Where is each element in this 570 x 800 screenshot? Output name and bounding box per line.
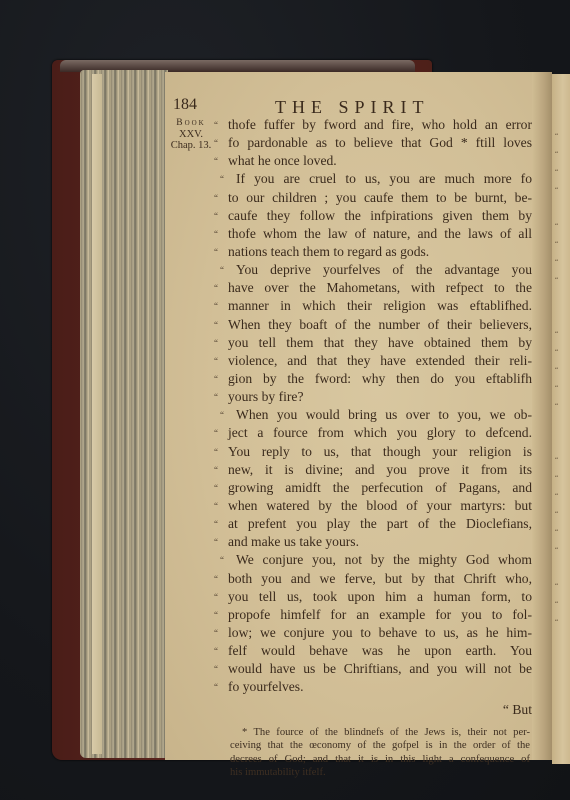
margin-book-number: XXV. xyxy=(170,129,212,140)
text-line: “you tell them that they have obtained t… xyxy=(214,334,532,352)
quote-mark: “ xyxy=(214,352,218,370)
adjacent-page-quote-mark: “ xyxy=(555,600,558,608)
line-text: fo pardonable as to believe that God * f… xyxy=(228,134,532,152)
adjacent-page-sliver: ““““““““““““““““““““““ xyxy=(552,74,570,764)
adjacent-page-quote-mark: “ xyxy=(555,348,558,356)
quote-mark: “ xyxy=(214,225,218,243)
margin-chapter: Chap. 13. xyxy=(170,140,212,151)
footnote: * The fource of the blindnefs of the Jew… xyxy=(230,726,530,780)
line-text: propofe himfelf for an example for you t… xyxy=(228,606,532,624)
quote-mark: “ xyxy=(214,424,218,442)
margin-book-label: Book xyxy=(170,118,212,129)
quote-mark: “ xyxy=(220,261,224,279)
line-text: violence, and that they have extended th… xyxy=(228,352,532,370)
adjacent-page-quote-mark: “ xyxy=(555,384,558,392)
quote-mark: “ xyxy=(214,606,218,624)
line-text: gion by the fword: why then do you eftab… xyxy=(228,370,532,388)
text-line: “to our children ; you caufe them to be … xyxy=(214,189,532,207)
text-line: “We conjure you, not by the mighty God w… xyxy=(214,551,532,569)
page-content: 184 THE SPIRIT Book XXV. Chap. 13. “thof… xyxy=(170,96,530,116)
line-text: You reply to us, that though your religi… xyxy=(228,443,532,461)
footnote-line: decrees of God; and that it is in this l… xyxy=(230,753,530,766)
footnote-line: his immutability itfelf. xyxy=(230,766,530,779)
adjacent-page-quote-mark: “ xyxy=(555,474,558,482)
text-line: “felf would behave was he upon earth. Yo… xyxy=(214,642,532,660)
text-line: “you tell us, took upon him a human form… xyxy=(214,588,532,606)
text-line: “thofe fuffer by fword and fire, who hol… xyxy=(214,116,532,134)
text-line: “You reply to us, that though your relig… xyxy=(214,443,532,461)
line-text: you tell us, took upon him a human form,… xyxy=(228,588,532,606)
quote-mark: “ xyxy=(214,660,218,678)
running-title: THE SPIRIT xyxy=(275,97,430,118)
text-line: “You deprive yourfelves of the advantage… xyxy=(214,261,532,279)
line-text: both you and we ferve, but by that Chrif… xyxy=(228,570,532,588)
quote-mark: “ xyxy=(214,116,218,134)
body-text: “thofe fuffer by fword and fire, who hol… xyxy=(214,116,532,697)
quote-mark: “ xyxy=(220,551,224,569)
text-line: “manner in which their religion was efta… xyxy=(214,297,532,315)
line-text: fo yourfelves. xyxy=(228,678,532,696)
line-text: low; we conjure you to behave to us, as … xyxy=(228,624,532,642)
line-text: and make us take yours. xyxy=(228,533,532,551)
quote-mark: “ xyxy=(214,189,218,207)
text-line: “at prefent you play the part of the Dio… xyxy=(214,515,532,533)
text-line: “both you and we ferve, but by that Chri… xyxy=(214,570,532,588)
text-line: “growing amidft the perfecution of Pagan… xyxy=(214,479,532,497)
quote-mark: “ xyxy=(214,134,218,152)
line-text: nations teach them to regard as gods. xyxy=(228,243,532,261)
line-text: thofe whom the law of nature, and the la… xyxy=(228,225,532,243)
footnote-line: * The fource of the blindnefs of the Jew… xyxy=(230,726,530,739)
running-head: 184 THE SPIRIT xyxy=(170,96,530,116)
adjacent-page-quote-mark: “ xyxy=(555,168,558,176)
text-line: “When they boaft of the number of their … xyxy=(214,316,532,334)
text-line: “and make us take yours. xyxy=(214,533,532,551)
adjacent-page-quote-mark: “ xyxy=(555,258,558,266)
text-line: “new, it is divine; and you prove it fro… xyxy=(214,461,532,479)
adjacent-page-quote-mark: “ xyxy=(555,240,558,248)
adjacent-page-quote-mark: “ xyxy=(555,528,558,536)
quote-mark: “ xyxy=(214,243,218,261)
adjacent-page-quote-mark: “ xyxy=(555,492,558,500)
quote-mark: “ xyxy=(214,570,218,588)
text-line: “low; we conjure you to behave to us, as… xyxy=(214,624,532,642)
line-text: to our children ; you caufe them to be b… xyxy=(228,189,532,207)
adjacent-page-quote-mark: “ xyxy=(555,582,558,590)
line-text: If you are cruel to us, you are much mor… xyxy=(236,170,532,188)
quote-mark: “ xyxy=(214,533,218,551)
adjacent-page-quote-mark: “ xyxy=(555,132,558,140)
footnote-line: ceiving that the œconomy of the gofpel i… xyxy=(230,739,530,752)
text-line: “have over the Mahometans, with refpect … xyxy=(214,279,532,297)
quote-mark: “ xyxy=(214,279,218,297)
line-text: when watered by the blood of your martyr… xyxy=(228,497,532,515)
margin-note: Book XXV. Chap. 13. xyxy=(170,118,212,151)
line-text: thofe fuffer by fword and fire, who hold… xyxy=(228,116,532,134)
text-line: “caufe they follow the infpirations give… xyxy=(214,207,532,225)
text-line: “ject a fource from which you glory to d… xyxy=(214,424,532,442)
text-line: “fo yourfelves. xyxy=(214,678,532,696)
text-line: “When you would bring us over to you, we… xyxy=(214,406,532,424)
quote-mark: “ xyxy=(214,515,218,533)
line-text: yours by fire? xyxy=(228,388,532,406)
line-text: you tell them that they have obtained th… xyxy=(228,334,532,352)
line-text: When you would bring us over to you, we … xyxy=(236,406,532,424)
line-text: at prefent you play the part of the Dioc… xyxy=(228,515,532,533)
text-line: “thofe whom the law of nature, and the l… xyxy=(214,225,532,243)
text-line: “fo pardonable as to believe that God * … xyxy=(214,134,532,152)
line-text: have over the Mahometans, with refpect t… xyxy=(228,279,532,297)
quote-mark: “ xyxy=(214,642,218,660)
quote-mark: “ xyxy=(214,152,218,170)
adjacent-page-quote-mark: “ xyxy=(555,222,558,230)
line-text: ject a fource from which you glory to de… xyxy=(228,424,532,442)
line-text: You deprive yourfelves of the advantage … xyxy=(236,261,532,279)
quote-mark: “ xyxy=(214,479,218,497)
quote-mark: “ xyxy=(214,497,218,515)
line-text: would have us be Chriftians, and you wil… xyxy=(228,660,532,678)
text-line: “nations teach them to regard as gods. xyxy=(214,243,532,261)
adjacent-page-quote-mark: “ xyxy=(555,456,558,464)
text-line: “propofe himfelf for an example for you … xyxy=(214,606,532,624)
text-line: “yours by fire? xyxy=(214,388,532,406)
text-line: “would have us be Chriftians, and you wi… xyxy=(214,660,532,678)
page-edge-highlight xyxy=(92,74,102,754)
quote-mark: “ xyxy=(214,370,218,388)
text-line: “when watered by the blood of your marty… xyxy=(214,497,532,515)
adjacent-page-quote-mark: “ xyxy=(555,330,558,338)
quote-mark: “ xyxy=(220,406,224,424)
adjacent-page-quote-mark: “ xyxy=(555,276,558,284)
line-text: When they boaft of the number of their b… xyxy=(228,316,532,334)
adjacent-page-quote-mark: “ xyxy=(555,186,558,194)
line-text: new, it is divine; and you prove it from… xyxy=(228,461,532,479)
quote-mark: “ xyxy=(214,297,218,315)
line-text: what he once loved. xyxy=(228,152,532,170)
line-text: growing amidft the perfecution of Pagans… xyxy=(228,479,532,497)
quote-mark: “ xyxy=(214,461,218,479)
line-text: caufe they follow the infpirations given… xyxy=(228,207,532,225)
adjacent-page-quote-mark: “ xyxy=(555,150,558,158)
text-line: “violence, and that they have extended t… xyxy=(214,352,532,370)
quote-mark: “ xyxy=(214,588,218,606)
quote-mark: “ xyxy=(214,443,218,461)
adjacent-page-quote-mark: “ xyxy=(555,366,558,374)
line-text: We conjure you, not by the mighty God wh… xyxy=(236,551,532,569)
adjacent-page-quote-mark: “ xyxy=(555,546,558,554)
adjacent-page-quote-mark: “ xyxy=(555,510,558,518)
quote-mark: “ xyxy=(214,334,218,352)
quote-mark: “ xyxy=(214,624,218,642)
line-text: felf would behave was he upon earth. You xyxy=(228,642,532,660)
quote-mark: “ xyxy=(220,170,224,188)
quote-mark: “ xyxy=(214,388,218,406)
catchword: “ But xyxy=(503,701,532,719)
quote-mark: “ xyxy=(214,678,218,696)
page-number: 184 xyxy=(173,96,197,114)
page-gutter xyxy=(532,72,552,760)
quote-mark: “ xyxy=(214,316,218,334)
line-text: manner in which their religion was eftab… xyxy=(228,297,532,315)
adjacent-page-quote-mark: “ xyxy=(555,402,558,410)
text-line: “If you are cruel to us, you are much mo… xyxy=(214,170,532,188)
text-line: “gion by the fword: why then do you efta… xyxy=(214,370,532,388)
adjacent-page-quote-mark: “ xyxy=(555,618,558,626)
quote-mark: “ xyxy=(214,207,218,225)
text-line: “what he once loved. xyxy=(214,152,532,170)
